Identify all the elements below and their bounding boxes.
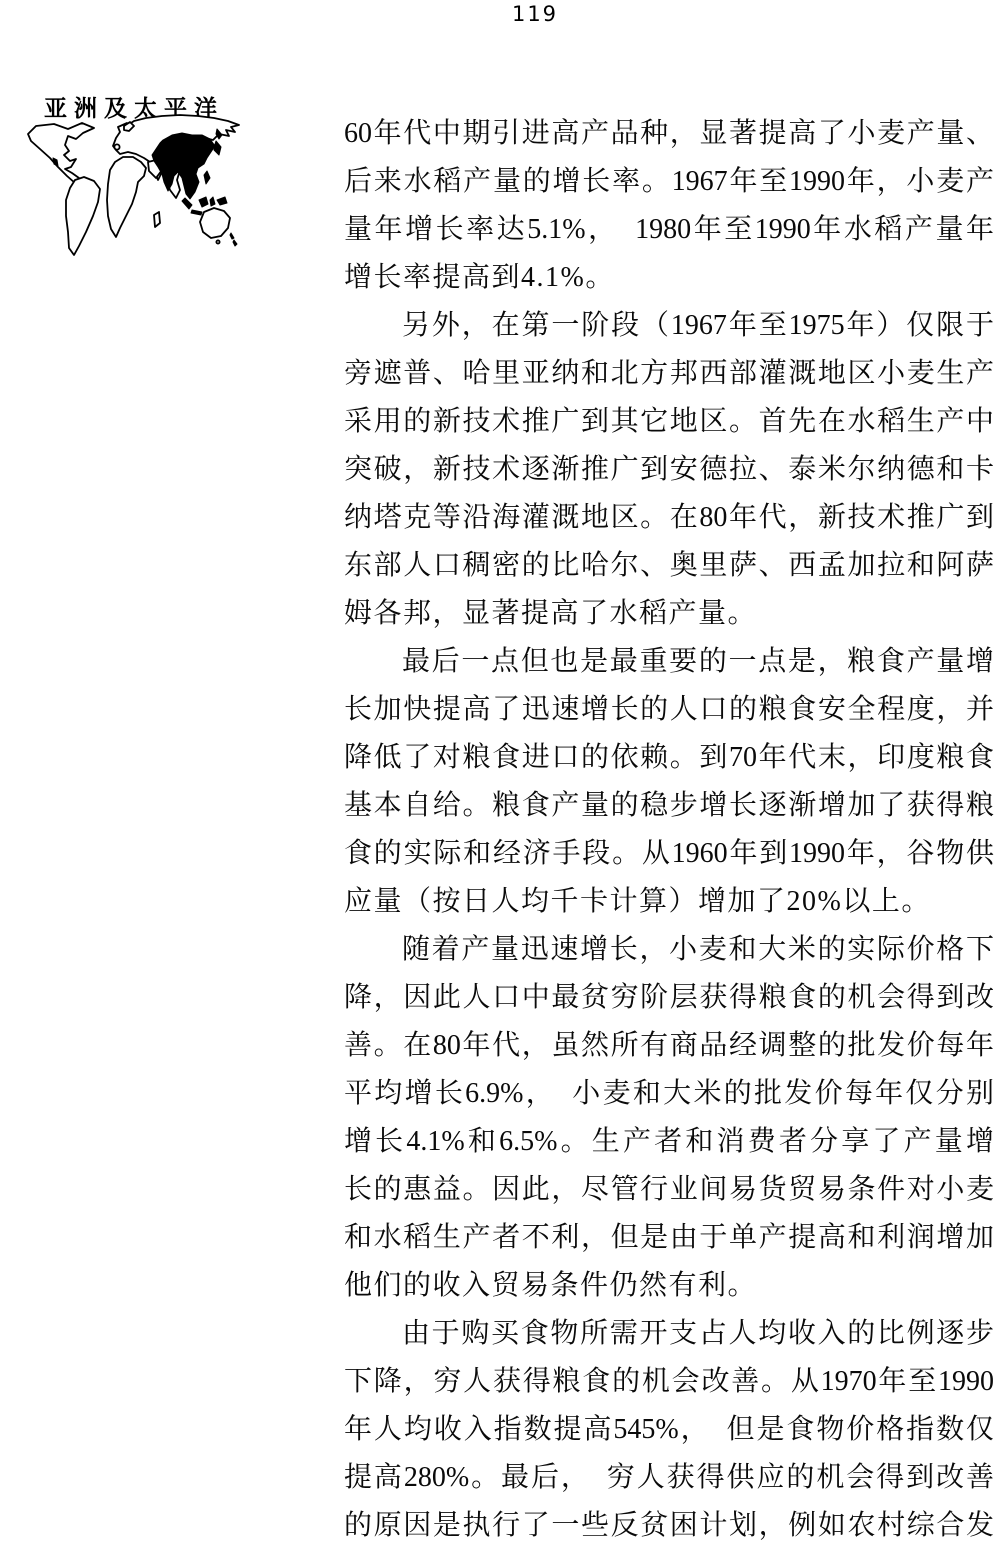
text-line: 最后一点但也是最重要的一点是，粮食产量增 [344, 638, 994, 686]
text-line: 长的惠益。因此，尽管行业间易货贸易条件对小麦 [344, 1166, 994, 1214]
text-line: 增长4.1%和6.5%。生产者和消费者分享了产量增 [344, 1118, 994, 1166]
text-line: 降低了对粮食进口的依赖。到70年代末，印度粮食 [344, 734, 994, 782]
text-line: 东部人口稠密的比哈尔、奥里萨、西孟加拉和阿萨 [344, 542, 994, 590]
text-line: 善。在80年代，虽然所有商品经调整的批发价每年 [344, 1022, 994, 1070]
world-map-icon [20, 112, 248, 264]
text-line: 量年增长率达5.1%， 1980年至1990年水稻产量年 [344, 206, 994, 254]
text-line: 的原因是执行了一些反贫困计划，例如农村综合发 [344, 1502, 994, 1542]
text-line: 下降，穷人获得粮食的机会改善。从1970年至1990 [344, 1358, 994, 1406]
text-line: 后来水稻产量的增长率。1967年至1990年，小麦产 [344, 158, 994, 206]
text-line: 旁遮普、哈里亚纳和北方邦西部灌溉地区小麦生产 [344, 350, 994, 398]
text-line: 他们的收入贸易条件仍然有利。 [344, 1262, 994, 1310]
text-line: 长加快提高了迅速增长的人口的粮食安全程度，并 [344, 686, 994, 734]
text-line: 增长率提高到4.1%。 [344, 254, 994, 302]
scanned-document-page: { "page": { "number": "119" }, "map": { … [0, 0, 1000, 1542]
text-line: 降，因此人口中最贫穷阶层获得粮食的机会得到改 [344, 974, 994, 1022]
text-line: 平均增长6.9%， 小麦和大米的批发价每年仅分别 [344, 1070, 994, 1118]
text-line: 随着产量迅速增长，小麦和大米的实际价格下 [344, 926, 994, 974]
text-line: 和水稻生产者不利，但是由于单产提高和利润增加 [344, 1214, 994, 1262]
page-number: 119 [505, 2, 565, 26]
text-line: 另外，在第一阶段（1967年至1975年）仅限于 [344, 302, 994, 350]
text-line: 60年代中期引进高产品种，显著提高了小麦产量、 [344, 110, 994, 158]
text-line: 应量（按日人均千卡计算）增加了20%以上。 [344, 878, 994, 926]
text-line: 提高280%。最后， 穷人获得供应的机会得到改善 [344, 1454, 994, 1502]
text-line: 年人均收入指数提高545%， 但是食物价格指数仅 [344, 1406, 994, 1454]
text-line: 基本自给。粮食产量的稳步增长逐渐增加了获得粮 [344, 782, 994, 830]
text-line: 突破，新技术逐渐推广到安德拉、泰米尔纳德和卡 [344, 446, 994, 494]
text-line: 采用的新技术推广到其它地区。首先在水稻生产中 [344, 398, 994, 446]
text-line: 由于购买食物所需开支占人均收入的比例逐步 [344, 1310, 994, 1358]
body-text-column: 60年代中期引进高产品种，显著提高了小麦产量、 后来水稻产量的增长率。1967年… [344, 110, 994, 1542]
text-line: 纳塔克等沿海灌溉地区。在80年代，新技术推广到 [344, 494, 994, 542]
region-map-block: 亚洲及太平洋 [20, 88, 260, 268]
text-line: 姆各邦，显著提高了水稻产量。 [344, 590, 994, 638]
text-line: 食的实际和经济手段。从1960年到1990年，谷物供 [344, 830, 994, 878]
